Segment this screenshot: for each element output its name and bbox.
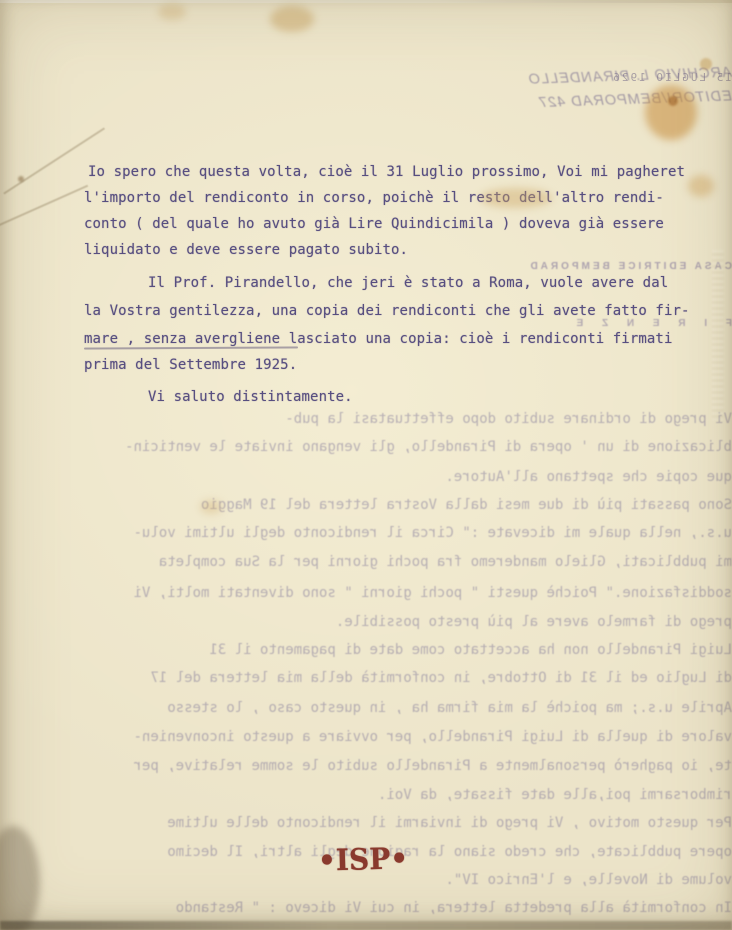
scan-bottom-edge [0, 921, 732, 930]
scan-top-edge [0, 0, 732, 3]
isp-stamp: •ISP• [318, 841, 409, 878]
body-line: Vi saluto distintamente. [148, 388, 353, 406]
bleed-line: Vi prego di ordinare subito dopo effettu… [0, 410, 732, 428]
bleed-line: Sono passati più di due mesi dalla Vostr… [0, 496, 732, 514]
stain [270, 6, 314, 32]
body-line: l'importo del rendiconto in corso, poich… [84, 189, 664, 207]
body-line: Il Prof. Pirandello, che jeri è stato a … [148, 274, 668, 292]
pencil-underline [84, 346, 298, 349]
crease [0, 185, 88, 227]
bleed-line: que copie che spettano all'Autore. [0, 468, 732, 486]
stain [668, 96, 678, 106]
stain [200, 500, 222, 514]
bleed-line: Luigi Pirandello non ha accettato come d… [0, 641, 732, 659]
bleed-line: Per questo motivo , Vi prego di inviarmi… [0, 814, 732, 832]
bleed-line: di Luglio ed il 31 di Ottobre, in confor… [0, 669, 732, 687]
corner-shadow [0, 826, 40, 930]
bleed-line: prego di farmelo avere al più presto pos… [0, 613, 732, 631]
bleed-line: valore di quella di Luigi Pirandello, pe… [0, 728, 732, 746]
body-line: Io spero che questa volta, cioè il 31 Lu… [88, 163, 685, 181]
stain [645, 85, 697, 140]
stain [480, 188, 552, 208]
crease [3, 127, 104, 194]
bleed-line: blicazione di un ' opera di Pirandello, … [0, 438, 732, 456]
bleed-line: In conformità alla predetta lettera, in … [0, 899, 732, 917]
date-stamp: 15 LUGLIO 1926 [0, 71, 732, 84]
stain [700, 58, 712, 70]
body-line: conto ( del quale ho avuto già Lire Quin… [84, 215, 664, 233]
bleed-line: rimborsarmi poi,alle date fissate, da Vo… [0, 786, 732, 804]
body-line: mare , senza avergliene lasciato una cop… [84, 330, 672, 348]
stain [688, 175, 714, 197]
bleed-line: Aprile u.s.; ma poichè la mia firma ha ,… [0, 699, 732, 717]
stain [158, 4, 186, 20]
letter-scan: ARCHIVIO L. PIRANDELLO EDITORI/BEMPORAD … [0, 0, 732, 930]
letterhead-bleed-line2: F I R E N Z E [0, 318, 732, 329]
embossed-strip [712, 250, 724, 420]
bleed-line: mi pubblicati, Glielo manderemo fra poch… [0, 553, 732, 571]
bleed-line: te, io pagherò personalmente a Pirandell… [0, 757, 732, 775]
bleed-line: u.s., nella quale mi dicevate :" Circa i… [0, 524, 732, 542]
body-line: prima del Settembre 1925. [84, 356, 297, 374]
body-line: liquidato e deve essere pagato subito. [84, 241, 408, 259]
bleed-line: soddisfazione." Poichè questi " pochi gi… [0, 584, 732, 602]
letterhead-bleed-line1: CASA EDITRICE BEMPORAD [0, 261, 732, 272]
